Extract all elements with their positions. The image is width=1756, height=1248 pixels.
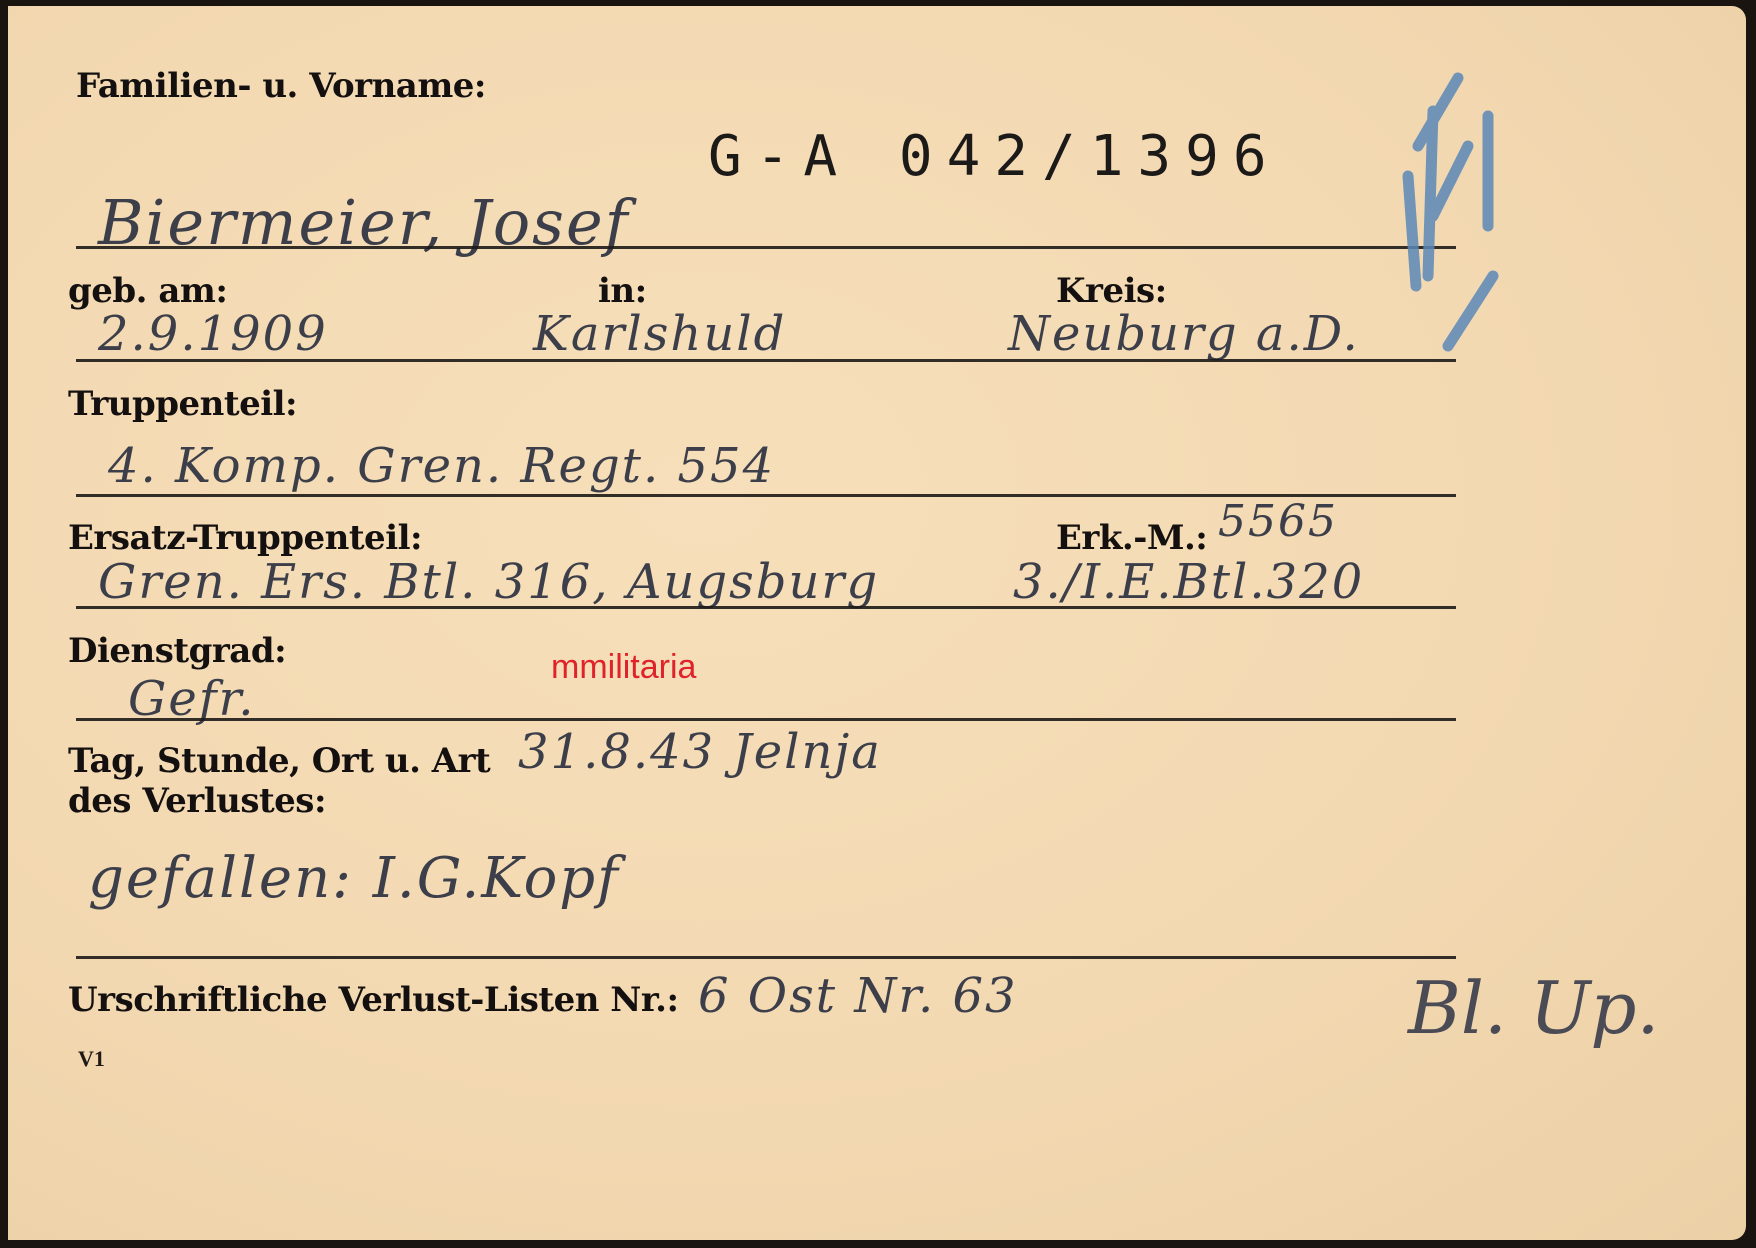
birth-date-label: geb. am: <box>68 271 227 311</box>
watermark: mmilitaria <box>551 648 696 687</box>
rule-birth <box>76 359 1456 362</box>
blue-crayon-mark-icon <box>1388 66 1528 356</box>
unit-value: 4. Komp. Gren. Regt. 554 <box>108 438 775 494</box>
form-code: V1 <box>78 1046 105 1072</box>
district-value: Neuburg a.D. <box>1008 306 1360 362</box>
file-number: G-A 042/1396 <box>708 124 1281 189</box>
casualty-index-card: Familien- u. Vorname: G-A 042/1396 Bierm… <box>8 6 1746 1240</box>
id-tag-unit-value: 3./I.E.Btl.320 <box>1013 554 1364 610</box>
birth-place-value: Karlshuld <box>533 306 786 362</box>
id-tag-label: Erk.-M.: <box>1056 518 1207 558</box>
loss-list-label: Urschriftliche Verlust-Listen Nr.: <box>68 980 679 1020</box>
rule-rank <box>76 718 1456 721</box>
rule-replacement <box>76 606 1456 609</box>
birth-place-label: in: <box>598 271 647 311</box>
loss-label-line2: des Verlustes: <box>68 781 326 821</box>
loss-cause-value: gefallen: I.G.Kopf <box>88 846 620 911</box>
district-label: Kreis: <box>1056 271 1167 311</box>
id-tag-value: 5565 <box>1218 496 1338 547</box>
loss-list-value: 6 Ost Nr. 63 <box>698 968 1018 1024</box>
loss-date-place-value: 31.8.43 Jelnja <box>518 724 882 780</box>
name-label: Familien- u. Vorname: <box>76 66 486 106</box>
rule-name <box>76 246 1456 249</box>
replacement-unit-label: Ersatz-Truppenteil: <box>68 518 422 558</box>
birth-date-value: 2.9.1909 <box>98 306 328 362</box>
signature: Bl. Up. <box>1408 966 1659 1050</box>
unit-label: Truppenteil: <box>68 384 297 424</box>
loss-label-line1: Tag, Stunde, Ort u. Art <box>68 741 490 781</box>
rank-label: Dienstgrad: <box>68 631 286 671</box>
rule-loss <box>76 956 1456 959</box>
replacement-unit-value: Gren. Ers. Btl. 316, Augsburg <box>98 554 879 610</box>
